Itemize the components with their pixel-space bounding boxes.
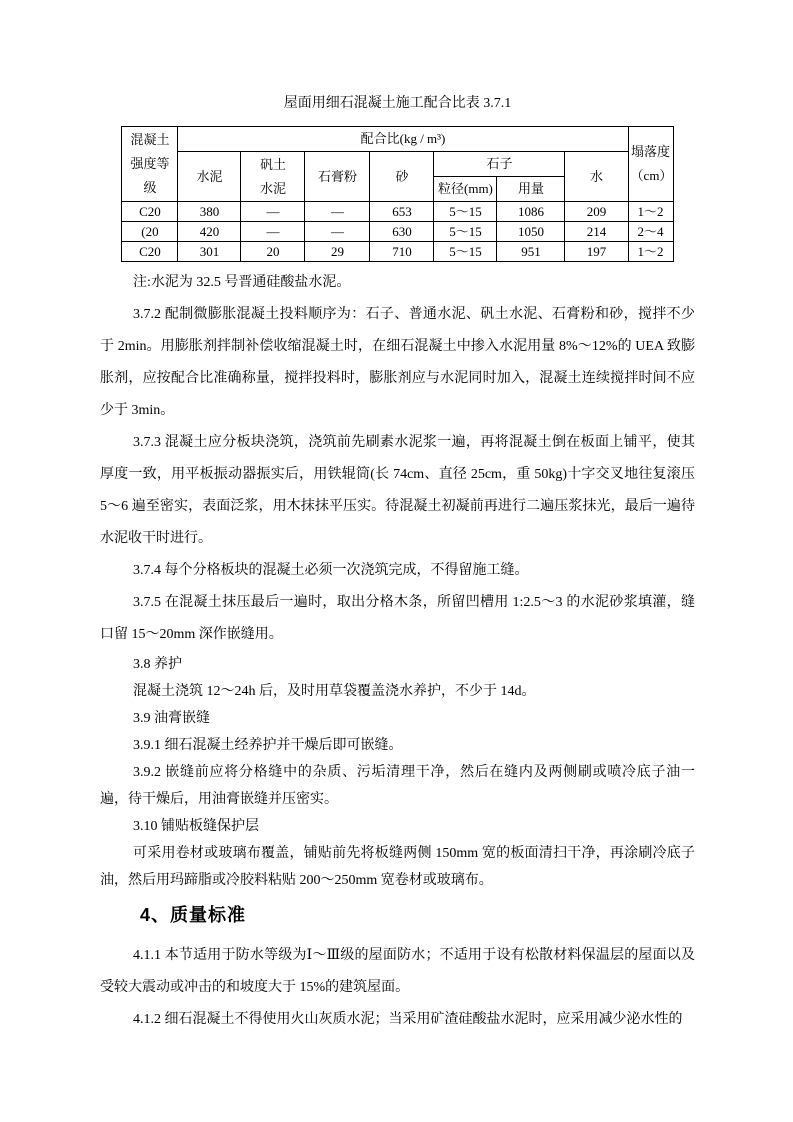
table-header-cement: 水泥	[178, 152, 241, 202]
table-header-strength-grade: 混凝土 强度等 级	[122, 127, 178, 202]
section-line-3-8: 3.8 养护	[100, 651, 695, 678]
table-cell: 214	[565, 222, 628, 242]
document-page: 屋面用细石混凝土施工配合比表 3.7.1 混凝土 强度等 级 配合比(kg / …	[0, 0, 793, 1122]
table-cell: 420	[178, 222, 241, 242]
body-text: 注:水泥为 32.5 号晋通硅酸盐水泥。 3.7.2 配制微膨胀混凝土投料顺序为…	[100, 267, 695, 1036]
table-cell: C20	[122, 242, 178, 262]
table-cell: 630	[370, 222, 434, 242]
table-cell: 5～15	[434, 242, 497, 262]
paragraph-3-9-2: 3.9.2 嵌缝前应将分格缝中的杂质、污垢清理干净，然后在缝内及两侧刷或喷冷底子…	[100, 759, 695, 813]
table-cell: 710	[370, 242, 434, 262]
table-cell: 1050	[497, 222, 565, 242]
paragraph-curing: 混凝土浇筑 12～24h 后，及时用草袋覆盖浇水养护，不少于 14d。	[100, 678, 695, 705]
table-header-stone-amount: 用量	[497, 177, 565, 202]
table-header-particle-size: 粒径(mm)	[434, 177, 497, 202]
table-cell: 5～15	[434, 202, 497, 222]
table-cell: 209	[565, 202, 628, 222]
table-cell: 20	[241, 242, 305, 262]
paragraph-3-7-2: 3.7.2 配制微膨胀混凝土投料顺序为：石子、普通水泥、矾土水泥、石膏粉和砂，搅…	[100, 299, 695, 427]
section-heading-quality-standard: 4、质量标准	[100, 902, 695, 928]
section-line-3-9: 3.9 油膏嵌缝	[100, 705, 695, 732]
paragraph-4-1-2: 4.1.2 细石混凝土不得使用火山灰质水泥；当采用矿渣硅酸盐水泥时，应采用减少泌…	[100, 1004, 695, 1036]
table-cell: C20	[122, 202, 178, 222]
table-header-sand: 砂	[370, 152, 434, 202]
table-cell: 5～15	[434, 222, 497, 242]
paragraph-3-7-3: 3.7.3 混凝土应分板块浇筑，浇筑前先刷素水泥浆一遍，再将混凝土倒在板面上铺平…	[100, 427, 695, 555]
table-cell: 2～4	[628, 222, 673, 242]
table-row: (20 420 — — 630 5～15 1050 214 2～4	[122, 222, 673, 242]
paragraph-3-7-4: 3.7.4 每个分格板块的混凝土必须一次浇筑完成，不得留施工缝。	[100, 555, 695, 587]
table-cell: —	[305, 222, 370, 242]
table-cell: 380	[178, 202, 241, 222]
paragraph-3-9-1: 3.9.1 细石混凝土经养护并干燥后即可嵌缝。	[100, 732, 695, 759]
paragraph-protective-layer: 可采用卷材或玻璃布覆盖，铺贴前先将板缝两侧 150mm 宽的板面清扫干净，再涂刷…	[100, 840, 695, 894]
table-header-gypsum-powder: 石膏粉	[305, 152, 370, 202]
table-cell: 1～2	[628, 242, 673, 262]
table-header-mix-ratio: 配合比(kg / m³)	[178, 127, 628, 152]
table-cell: 951	[497, 242, 565, 262]
table-cell: —	[241, 202, 305, 222]
table-cell: 301	[178, 242, 241, 262]
table-cell: 29	[305, 242, 370, 262]
table-header-alumina-cement: 矾土 水泥	[241, 152, 305, 202]
table-row: C20 301 20 29 710 5～15 951 197 1～2	[122, 242, 673, 262]
table-cell: —	[305, 202, 370, 222]
mix-ratio-table: 混凝土 强度等 级 配合比(kg / m³) 塌落度 （cm） 水泥 矾土 水泥…	[121, 126, 673, 262]
section-line-3-10: 3.10 铺贴板缝保护层	[100, 813, 695, 840]
table-row: C20 380 — — 653 5～15 1086 209 1～2	[122, 202, 673, 222]
paragraph-3-7-5: 3.7.5 在混凝土抹压最后一遍时，取出分格木条，所留凹槽用 1:2.5～3 的…	[100, 587, 695, 651]
table-cell: 653	[370, 202, 434, 222]
paragraph-4-1-1: 4.1.1 本节适用于防水等级为Ⅰ～Ⅲ级的屋面防水；不适用于设有松散材料保温层的…	[100, 940, 695, 1004]
table-note: 注:水泥为 32.5 号晋通硅酸盐水泥。	[100, 267, 695, 299]
table-cell: (20	[122, 222, 178, 242]
document-content: 屋面用细石混凝土施工配合比表 3.7.1 混凝土 强度等 级 配合比(kg / …	[100, 94, 695, 1036]
table-title: 屋面用细石混凝土施工配合比表 3.7.1	[100, 94, 695, 114]
table-cell: 1～2	[628, 202, 673, 222]
table-cell: 197	[565, 242, 628, 262]
table-cell: 1086	[497, 202, 565, 222]
table-header-water: 水	[565, 152, 628, 202]
table-header-slump: 塌落度 （cm）	[628, 127, 673, 202]
table-cell: —	[241, 222, 305, 242]
table-header-stone: 石子	[434, 152, 565, 177]
